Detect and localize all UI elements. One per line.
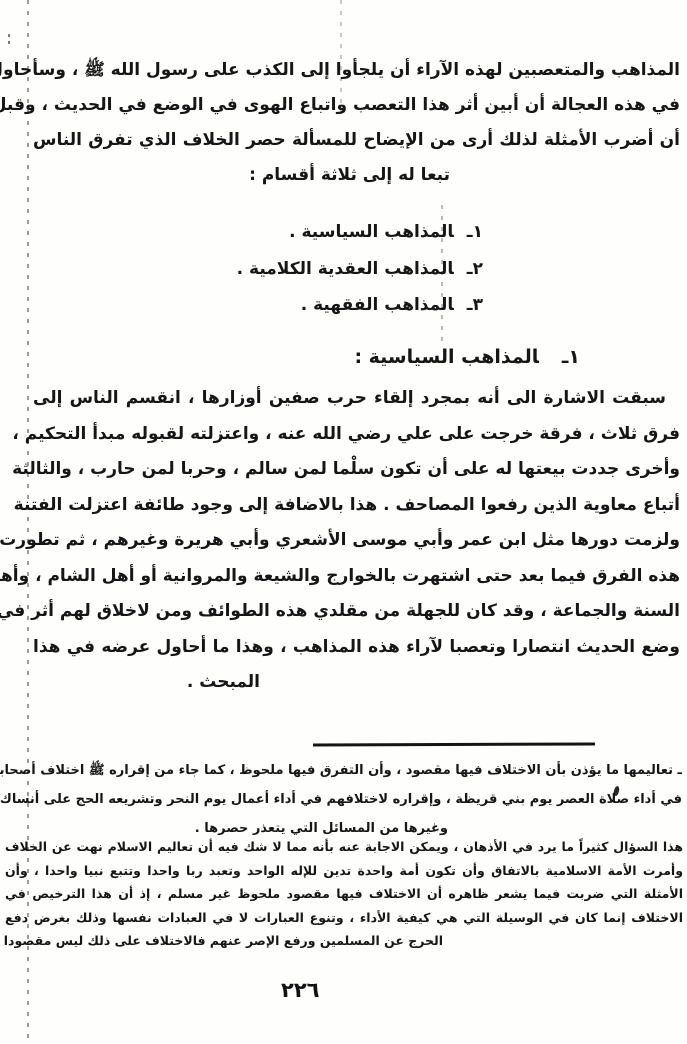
body-text-line: أن أضرب الأمثلة لذلك أرى من الإيضاح للمس… <box>33 123 680 158</box>
body-text-line: تبعا له إلى ثلاثة أقسام : <box>33 158 450 193</box>
body-paragraph-political-sects: سبقت الاشارة الى أنه بمجرد إلقاء حرب صفي… <box>33 381 680 701</box>
body-text-line: فرق ثلاث ، فرقة خرجت على علي رضي الله عن… <box>33 417 680 453</box>
footnote-text-line: هذا السؤال كثيراً ما يرد في الأذهان ، وي… <box>5 835 683 859</box>
body-text-line: سبقت الاشارة الى أنه بمجرد إلقاء حرب صفي… <box>33 381 680 417</box>
body-text-line: وضع الحديث انتصارا وتعصبا لآراء هذه المذ… <box>33 630 680 666</box>
list-item-number: ٢ـ <box>467 259 483 279</box>
body-text-line: السنة والجماعة ، وقد كان للجهلة من مقلدي… <box>33 594 680 630</box>
body-paragraph-continuation: المذاهب والمتعصبين لهذه الآراء أن يلجأوا… <box>33 53 680 193</box>
scan-artifact-corner-dots <box>8 34 10 46</box>
body-text-line: ولزمت دورها مثل ابن عمر وأبي موسى الأشعر… <box>33 523 680 559</box>
footnote-text-line: الاختلاف إنما كان في الوسيلة التي هي كيف… <box>5 906 683 930</box>
footnote-text-line: ـ تعاليمها ما يؤذن بأن الاختلاف فيها مقص… <box>25 756 682 785</box>
footnote-paragraph-1: ـ تعاليمها ما يؤذن بأن الاختلاف فيها مقص… <box>25 756 682 843</box>
section-heading: ١ـالمذاهب السياسية : <box>354 339 580 375</box>
section-heading-number: ١ـ <box>562 346 580 368</box>
body-text-line: وأخرى جددت بيعتها له على أن تكون سلْما ل… <box>33 452 680 488</box>
list-item-label: المذاهب السياسية . <box>289 222 454 242</box>
body-text-line: أتباع معاوية الذين رفعوا المصاحف . هذا ب… <box>33 488 680 524</box>
list-item-number: ١ـ <box>467 222 483 242</box>
list-item: ٣ـالمذاهب الفقهية . <box>237 287 483 324</box>
body-text-line: المبحث . <box>33 665 260 701</box>
list-item: ٢ـالمذاهب العقدية الكلامية . <box>237 251 483 288</box>
body-text-line: المذاهب والمتعصبين لهذه الآراء أن يلجأوا… <box>33 53 680 88</box>
section-heading-text: المذاهب السياسية : <box>354 346 538 368</box>
body-text-line: هذه الفرق فيما بعد حتى اشتهرت بالخوارج و… <box>33 559 680 595</box>
footnote-paragraph-2: هذا السؤال كثيراً ما يرد في الأذهان ، وي… <box>5 835 683 953</box>
list-item-number: ٣ـ <box>467 295 483 315</box>
page-number: ٢٢٦ <box>281 978 319 1002</box>
scanned-book-page: المذاهب والمتعصبين لهذه الآراء أن يلجأوا… <box>0 0 687 1044</box>
list-item-label: المذاهب الفقهية . <box>301 295 454 315</box>
footnote-text-line: الحرج عن المسلمين ورفع الإصر عنهم فالاخت… <box>5 929 443 953</box>
list-item-label: المذاهب العقدية الكلامية . <box>237 259 454 279</box>
footnote-separator-rule <box>313 743 595 747</box>
footnote-text-line: وأمرت الأمة الاسلامية بالاتفاق وأن تكون … <box>5 859 683 883</box>
categories-list: ١ـالمذاهب السياسية . ٢ـالمذاهب العقدية ا… <box>237 214 483 324</box>
body-text-line: في هذه العجالة أن أبين أثر هذا التعصب وا… <box>33 88 680 123</box>
footnote-text-line: في أداء صلاة العصر يوم بني قريظة ، وإقرا… <box>25 785 682 814</box>
list-item: ١ـالمذاهب السياسية . <box>237 214 483 251</box>
footnote-text-line: الأمثلة التي ضربت فيما يشعر ظاهره أن الا… <box>5 882 683 906</box>
